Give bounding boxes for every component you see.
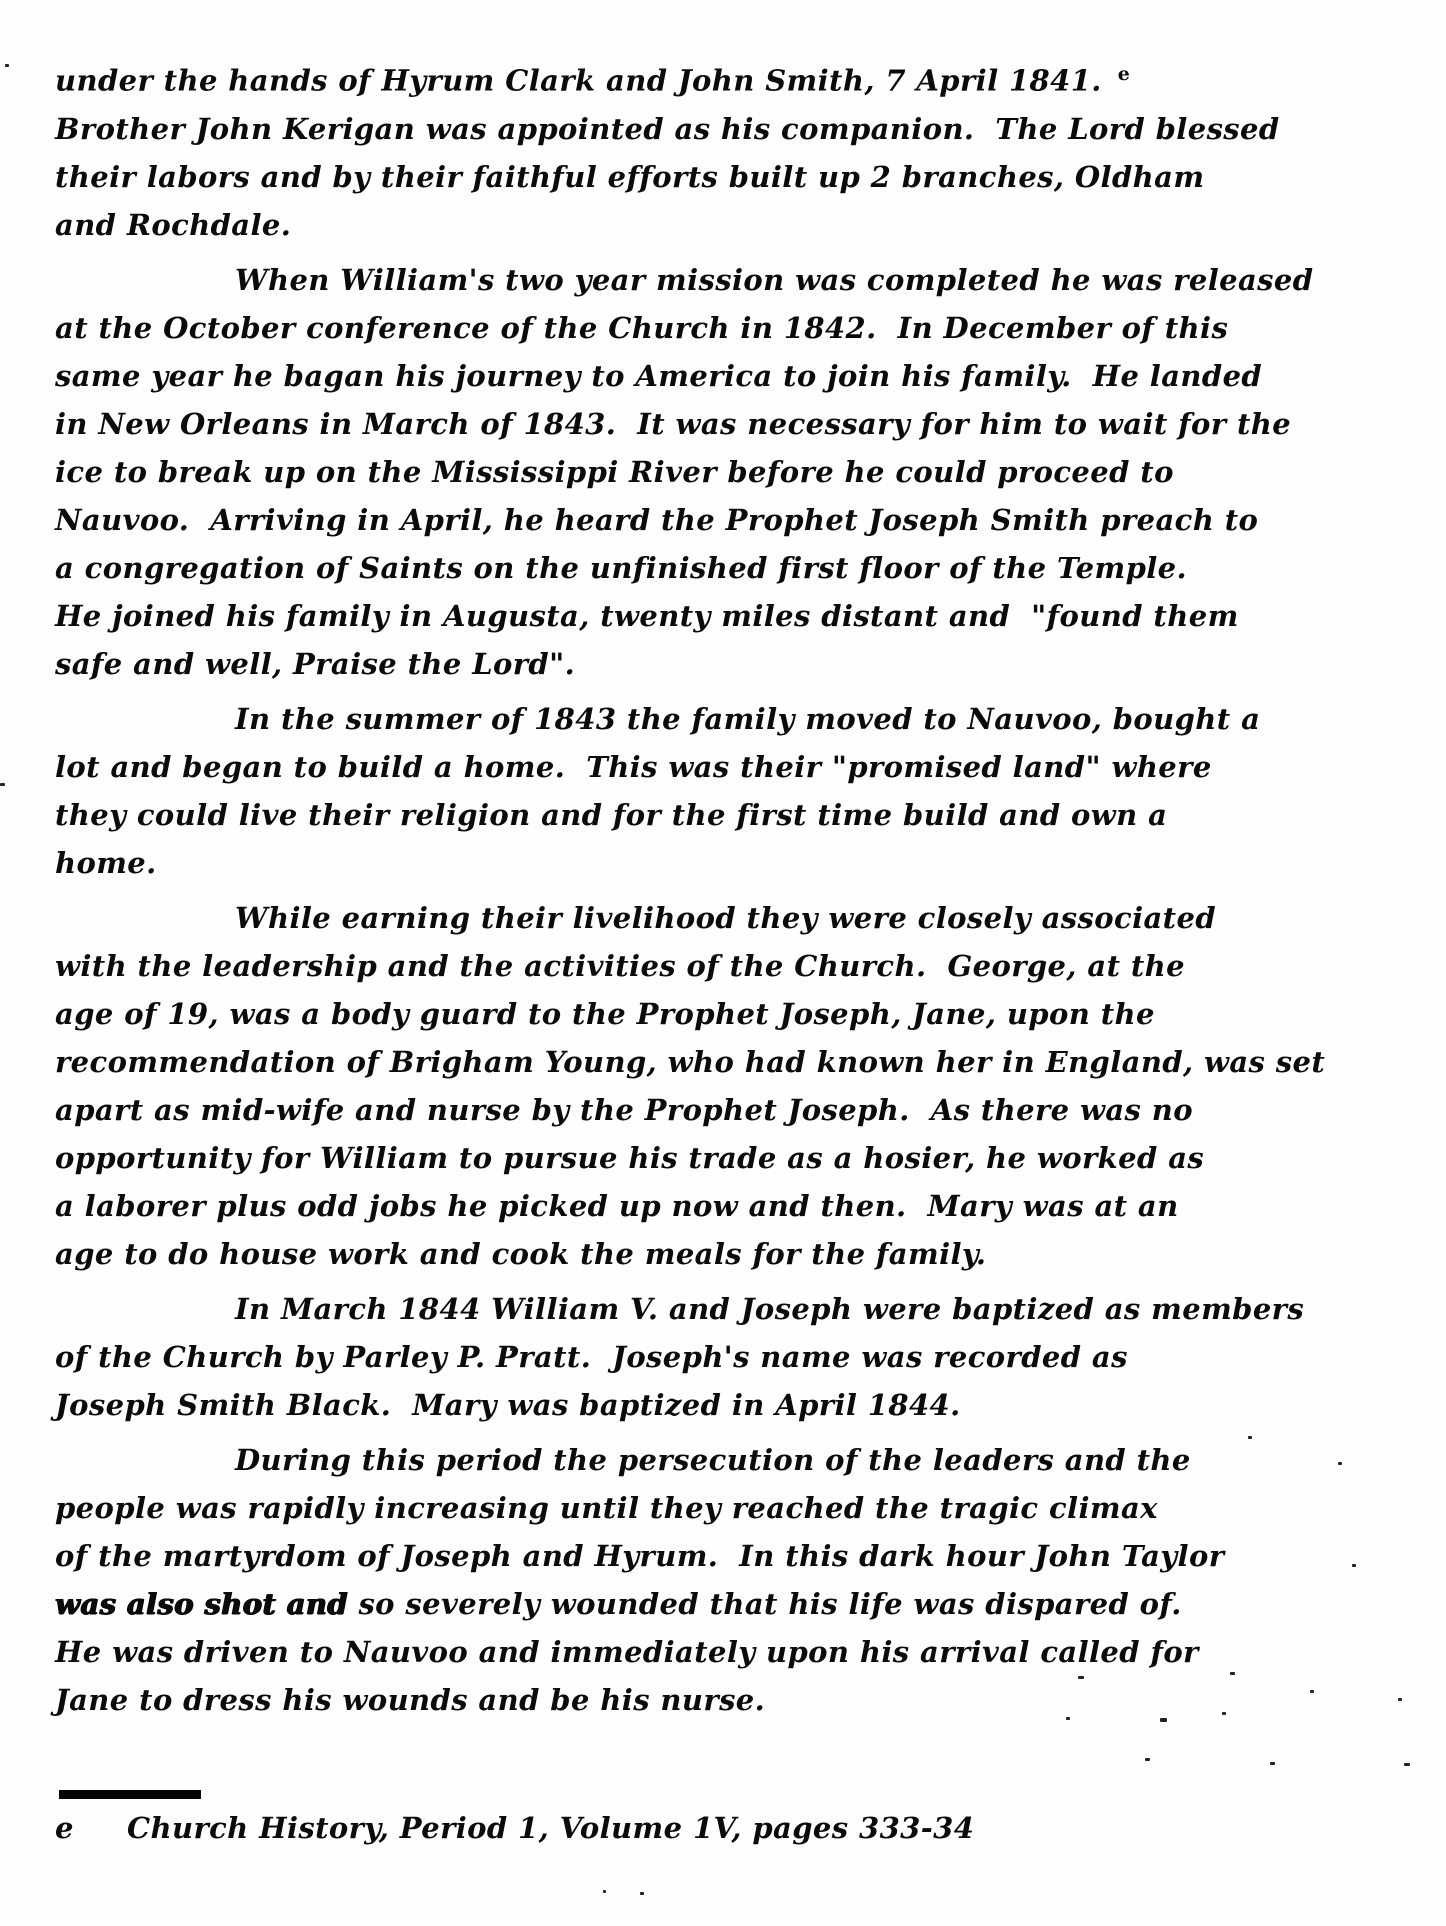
footnote-reference-marker: e — [1118, 63, 1131, 85]
text-line: Joseph Smith Black. Mary was baptized in… — [55, 1381, 1425, 1429]
text-line: Nauvoo. Arriving in April, he heard the … — [55, 496, 1425, 544]
text-line: with the leadership and the activities o… — [55, 942, 1425, 990]
text-line: a laborer plus odd jobs he picked up now… — [55, 1182, 1425, 1230]
scan-noise-speck — [510, 1348, 514, 1351]
scan-noise-speck — [0, 783, 5, 786]
text-line: their labors and by their faithful effor… — [55, 153, 1425, 201]
footnote-block: eChurch History, Period 1, Volume 1V, pa… — [55, 1790, 974, 1845]
scan-noise-speck — [1270, 1762, 1275, 1765]
text-line: recommendation of Brigham Young, who had… — [55, 1038, 1425, 1086]
scan-noise-speck — [1398, 1698, 1402, 1701]
scan-noise-speck — [1310, 1690, 1314, 1693]
scan-noise-speck — [1248, 1436, 1252, 1439]
scan-noise-speck — [1230, 1672, 1235, 1675]
footnote-rule — [59, 1790, 201, 1799]
scan-noise-speck — [1404, 1763, 1410, 1766]
text-line: of the martyrdom of Joseph and Hyrum. In… — [55, 1532, 1425, 1580]
text-line: of the Church by Parley P. Pratt. Joseph… — [55, 1333, 1425, 1381]
text-line: they could live their religion and for t… — [55, 791, 1425, 839]
footnote-line: eChurch History, Period 1, Volume 1V, pa… — [55, 1811, 974, 1845]
text-line: In the summer of 1843 the family moved t… — [55, 695, 1425, 743]
text-line: opportunity for William to pursue his tr… — [55, 1134, 1425, 1182]
scan-noise-speck — [1145, 1758, 1150, 1761]
scanned-document-page: under the hands of Hyrum Clark and John … — [0, 0, 1446, 1926]
text-line: safe and well, Praise the Lord". — [55, 640, 1425, 688]
document-lines: under the hands of Hyrum Clark and John … — [55, 50, 1425, 1724]
text-line: under the hands of Hyrum Clark and John … — [55, 50, 1425, 105]
scan-noise-speck — [1222, 1712, 1226, 1715]
scan-noise-speck — [1066, 1717, 1070, 1720]
footnote-citation: Church History, Period 1, Volume 1V, pag… — [127, 1811, 974, 1845]
text-line: a congregation of Saints on the unfinish… — [55, 544, 1425, 592]
text-line: in New Orleans in March of 1843. It was … — [55, 400, 1425, 448]
scan-noise-speck — [1078, 1676, 1084, 1679]
text-line: He was driven to Nauvoo and immediately … — [55, 1628, 1425, 1676]
scan-noise-speck — [1160, 1718, 1167, 1722]
text-line: In March 1844 William V. and Joseph were… — [55, 1285, 1425, 1333]
text-line: lot and began to build a home. This was … — [55, 743, 1425, 791]
footnote-marker: e — [55, 1811, 127, 1845]
text-line: During this period the persecution of th… — [55, 1436, 1425, 1484]
text-line: was also shot and so severely wounded th… — [55, 1580, 1425, 1628]
text-line: at the October conference of the Church … — [55, 304, 1425, 352]
text-line: people was rapidly increasing until they… — [55, 1484, 1425, 1532]
text-line: Brother John Kerigan was appointed as hi… — [55, 105, 1425, 153]
text-line: When William's two year mission was comp… — [55, 256, 1425, 304]
text-line: same year he bagan his journey to Americ… — [55, 352, 1425, 400]
text-line: and Rochdale. — [55, 201, 1425, 249]
text-line: Jane to dress his wounds and be his nurs… — [55, 1676, 1425, 1724]
text-line: While earning their livelihood they were… — [55, 894, 1425, 942]
text-line: ice to break up on the Mississippi River… — [55, 448, 1425, 496]
scan-noise-speck — [1338, 1462, 1342, 1465]
text-line: home. — [55, 839, 1425, 887]
text-line: age of 19, was a body guard to the Proph… — [55, 990, 1425, 1038]
scan-noise-speck — [603, 1890, 606, 1893]
scan-noise-speck — [1352, 1564, 1356, 1567]
text-line: He joined his family in Augusta, twenty … — [55, 592, 1425, 640]
scan-noise-speck — [640, 1892, 644, 1895]
text-line: apart as mid-wife and nurse by the Proph… — [55, 1086, 1425, 1134]
overstruck-text: was also shot and — [55, 1587, 348, 1621]
text-line: age to do house work and cook the meals … — [55, 1230, 1425, 1278]
scan-noise-speck — [5, 64, 9, 67]
